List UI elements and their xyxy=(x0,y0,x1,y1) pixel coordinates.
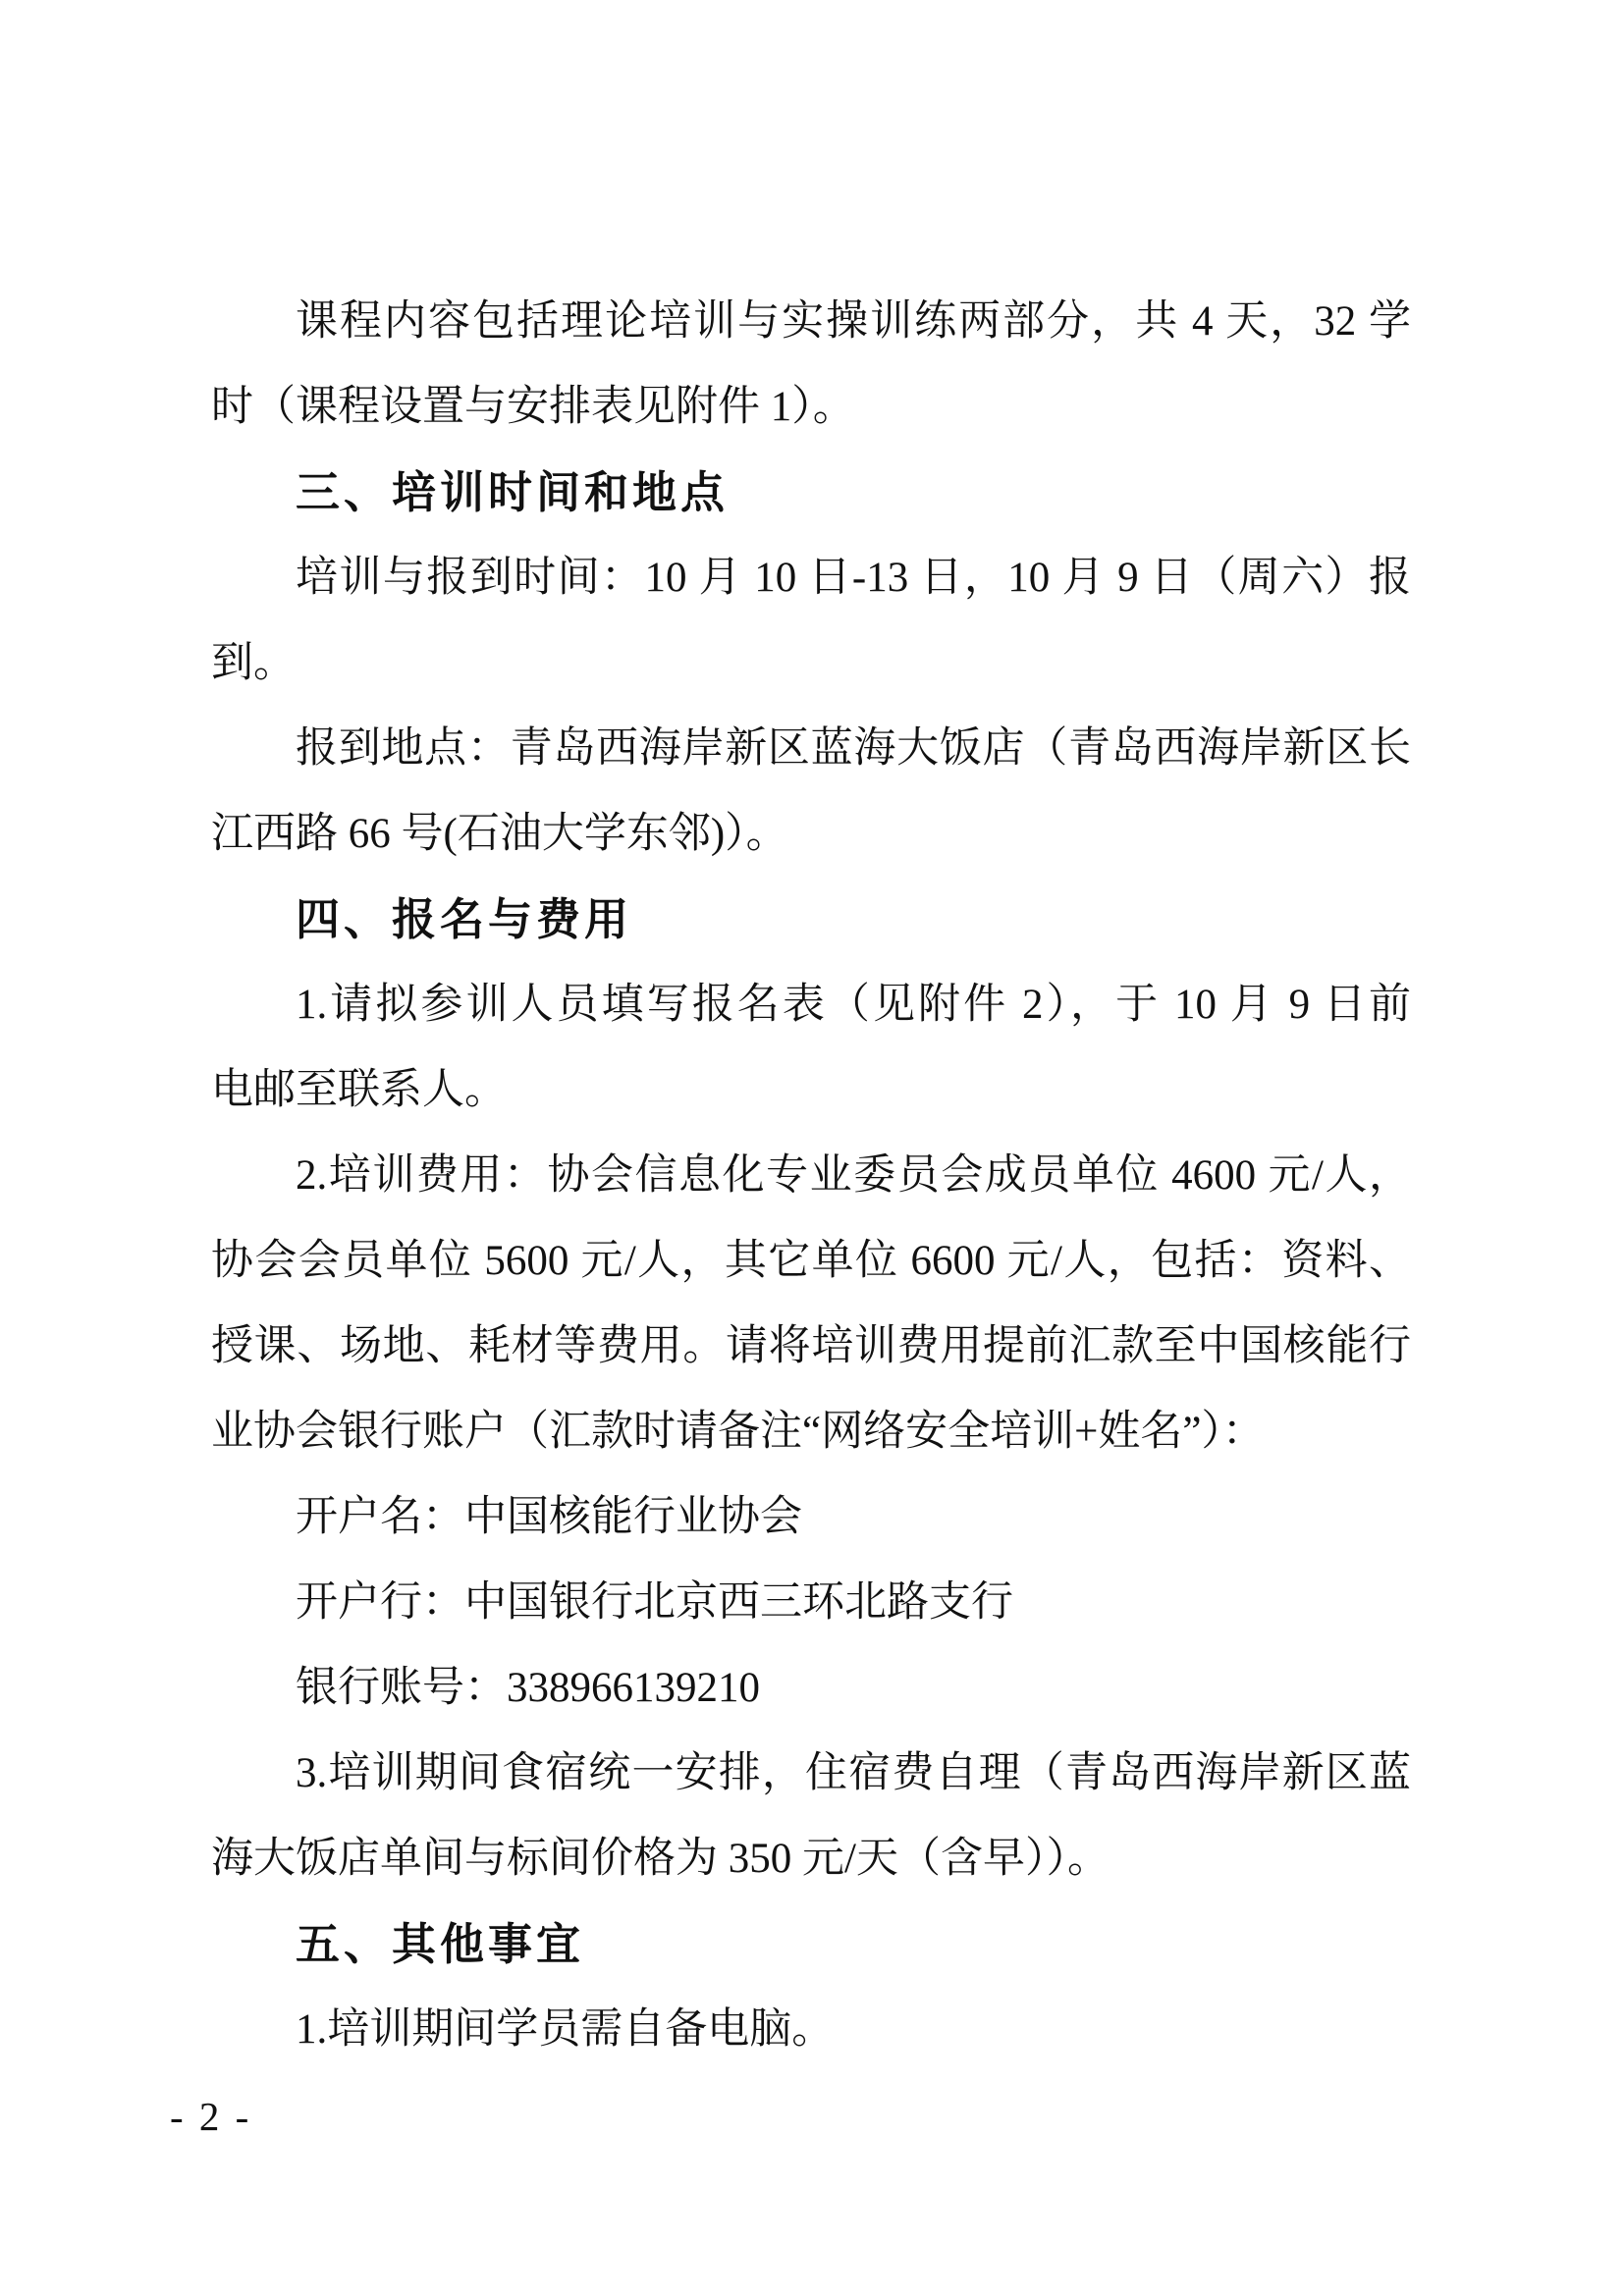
paragraph-account-name: 开户名：中国核能行业协会 xyxy=(211,1474,1411,1560)
paragraph-training-time: 培训与报到时间：10 月 10 日-13 日，10 月 9 日（周六）报 到。 xyxy=(211,535,1411,706)
heading-section-three: 三、培训时间和地点 xyxy=(211,450,1411,535)
heading-section-four: 四、报名与费用 xyxy=(211,877,1411,962)
body-line: 1.请拟参训人员填写报名表（见附件 2），于 10 月 9 日前 xyxy=(211,962,1411,1047)
body-line: 到。 xyxy=(211,620,1411,706)
body-line-account-name: 开户名：中国核能行业协会 xyxy=(211,1474,1411,1560)
paragraph-training-fee: 2.培训费用：协会信息化专业委员会成员单位 4600 元/人， 协会会员单位 5… xyxy=(211,1133,1411,1474)
paragraph-account-number: 银行账号：338966139210 xyxy=(211,1645,1411,1731)
document-page: 课程内容包括理论培训与实操训练两部分，共 4 天，32 学 时（课程设置与安排表… xyxy=(0,0,1624,2296)
body-line: 培训与报到时间：10 月 10 日-13 日，10 月 9 日（周六）报 xyxy=(211,535,1411,620)
paragraph-section-four: 四、报名与费用 xyxy=(211,877,1411,962)
body-line: 协会会员单位 5600 元/人，其它单位 6600 元/人，包括：资料、 xyxy=(211,1218,1411,1304)
body-line-bank-branch: 开户行：中国银行北京西三环北路支行 xyxy=(211,1560,1411,1645)
paragraph-checkin-location: 报到地点：青岛西海岸新区蓝海大饭店（青岛西海岸新区长 江西路 66 号(石油大学… xyxy=(211,706,1411,877)
body-line: 课程内容包括理论培训与实操训练两部分，共 4 天，32 学 xyxy=(211,279,1411,364)
paragraph-section-five: 五、其他事宜 xyxy=(211,1901,1411,1987)
document-body: 课程内容包括理论培训与实操训练两部分，共 4 天，32 学 时（课程设置与安排表… xyxy=(211,279,1411,2072)
body-line: 电邮至联系人。 xyxy=(211,1047,1411,1133)
body-line: 江西路 66 号(石油大学东邻)）。 xyxy=(211,791,1411,877)
body-line: 海大饭店单间与标间价格为 350 元/天（含早））。 xyxy=(211,1816,1411,1901)
body-line: 2.培训费用：协会信息化专业委员会成员单位 4600 元/人， xyxy=(211,1133,1411,1218)
paragraph-course-content: 课程内容包括理论培训与实操训练两部分，共 4 天，32 学 时（课程设置与安排表… xyxy=(211,279,1411,450)
body-line: 授课、场地、耗材等费用。请将培训费用提前汇款至中国核能行 xyxy=(211,1304,1411,1389)
body-line: 时（课程设置与安排表见附件 1）。 xyxy=(211,364,1411,450)
body-line: 3.培训期间食宿统一安排，住宿费自理（青岛西海岸新区蓝 xyxy=(211,1731,1411,1816)
paragraph-bring-laptop: 1.培训期间学员需自备电脑。 xyxy=(211,1987,1411,2072)
body-line-account-number: 银行账号：338966139210 xyxy=(211,1645,1411,1731)
paragraph-accommodation: 3.培训期间食宿统一安排，住宿费自理（青岛西海岸新区蓝 海大饭店单间与标间价格为… xyxy=(211,1731,1411,1901)
page-number: - 2 - xyxy=(170,2097,251,2137)
paragraph-registration: 1.请拟参训人员填写报名表（见附件 2），于 10 月 9 日前 电邮至联系人。 xyxy=(211,962,1411,1133)
heading-section-five: 五、其他事宜 xyxy=(211,1901,1411,1987)
paragraph-section-three: 三、培训时间和地点 xyxy=(211,450,1411,535)
paragraph-bank-branch: 开户行：中国银行北京西三环北路支行 xyxy=(211,1560,1411,1645)
body-line: 业协会银行账户（汇款时请备注“网络安全培训+姓名”）： xyxy=(211,1389,1411,1474)
body-line: 1.培训期间学员需自备电脑。 xyxy=(211,1987,1411,2072)
body-line: 报到地点：青岛西海岸新区蓝海大饭店（青岛西海岸新区长 xyxy=(211,706,1411,791)
